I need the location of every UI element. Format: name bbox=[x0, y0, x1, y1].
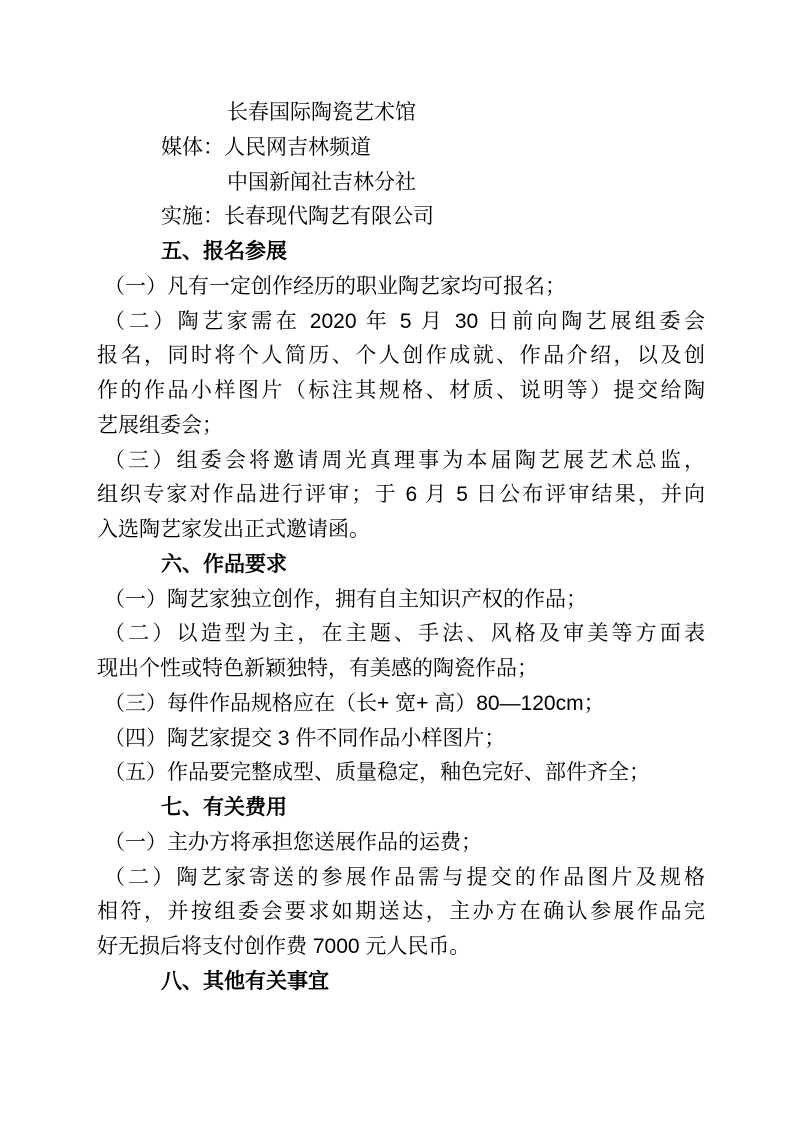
text-line: 作的作品小样图片（标注其规格、材质、说明等）提交给陶 bbox=[97, 374, 705, 409]
text-line: 入选陶艺家发出正式邀请函。 bbox=[97, 513, 705, 548]
document-body: 长春国际陶瓷艺术馆媒体：人民网吉林频道中国新闻社吉林分社实施：长春现代陶艺有限公… bbox=[97, 96, 705, 1000]
text-line: （五）作品要完整成型、质量稳定，釉色完好、部件齐全； bbox=[97, 756, 705, 791]
text-line: （三）每件作品规格应在（长+ 宽+ 高）80—120cm； bbox=[97, 687, 705, 722]
text-line: 中国新闻社吉林分社 bbox=[97, 166, 705, 201]
section-heading: 七、有关费用 bbox=[97, 791, 705, 826]
section-heading: 六、作品要求 bbox=[97, 548, 705, 583]
text-line: 报名，同时将个人简历、个人创作成就、作品介绍，以及创 bbox=[97, 339, 705, 374]
text-line: 艺展组委会； bbox=[97, 409, 705, 444]
section-heading: 八、其他有关事宜 bbox=[97, 965, 705, 1000]
text-line: 好无损后将支付创作费 7000 元人民币。 bbox=[97, 930, 705, 965]
section-heading: 五、报名参展 bbox=[97, 235, 705, 270]
text-line: （二）陶艺家需在 2020 年 5 月 30 日前向陶艺展组委会 bbox=[97, 305, 705, 340]
text-line: （一）陶艺家独立创作，拥有自主知识产权的作品； bbox=[97, 583, 705, 618]
text-line: （三）组委会将邀请周光真理事为本届陶艺展艺术总监， bbox=[97, 444, 705, 479]
text-line: （四）陶艺家提交 3 件不同作品小样图片； bbox=[97, 722, 705, 757]
text-line: 长春国际陶瓷艺术馆 bbox=[97, 96, 705, 131]
text-line: （二）陶艺家寄送的参展作品需与提交的作品图片及规格 bbox=[97, 861, 705, 896]
text-line: （一）主办方将承担您送展作品的运费； bbox=[97, 826, 705, 861]
text-line: 实施：长春现代陶艺有限公司 bbox=[97, 200, 705, 235]
text-line: （二）以造型为主，在主题、手法、风格及审美等方面表 bbox=[97, 617, 705, 652]
text-line: 相符，并按组委会要求如期送达，主办方在确认参展作品完 bbox=[97, 895, 705, 930]
text-line: 组织专家对作品进行评审；于 6 月 5 日公布评审结果，并向 bbox=[97, 478, 705, 513]
document-page: 长春国际陶瓷艺术馆媒体：人民网吉林频道中国新闻社吉林分社实施：长春现代陶艺有限公… bbox=[0, 0, 794, 1123]
text-line: 媒体：人民网吉林频道 bbox=[97, 131, 705, 166]
text-line: （一）凡有一定创作经历的职业陶艺家均可报名； bbox=[97, 270, 705, 305]
text-line: 现出个性或特色新颖独特，有美感的陶瓷作品； bbox=[97, 652, 705, 687]
